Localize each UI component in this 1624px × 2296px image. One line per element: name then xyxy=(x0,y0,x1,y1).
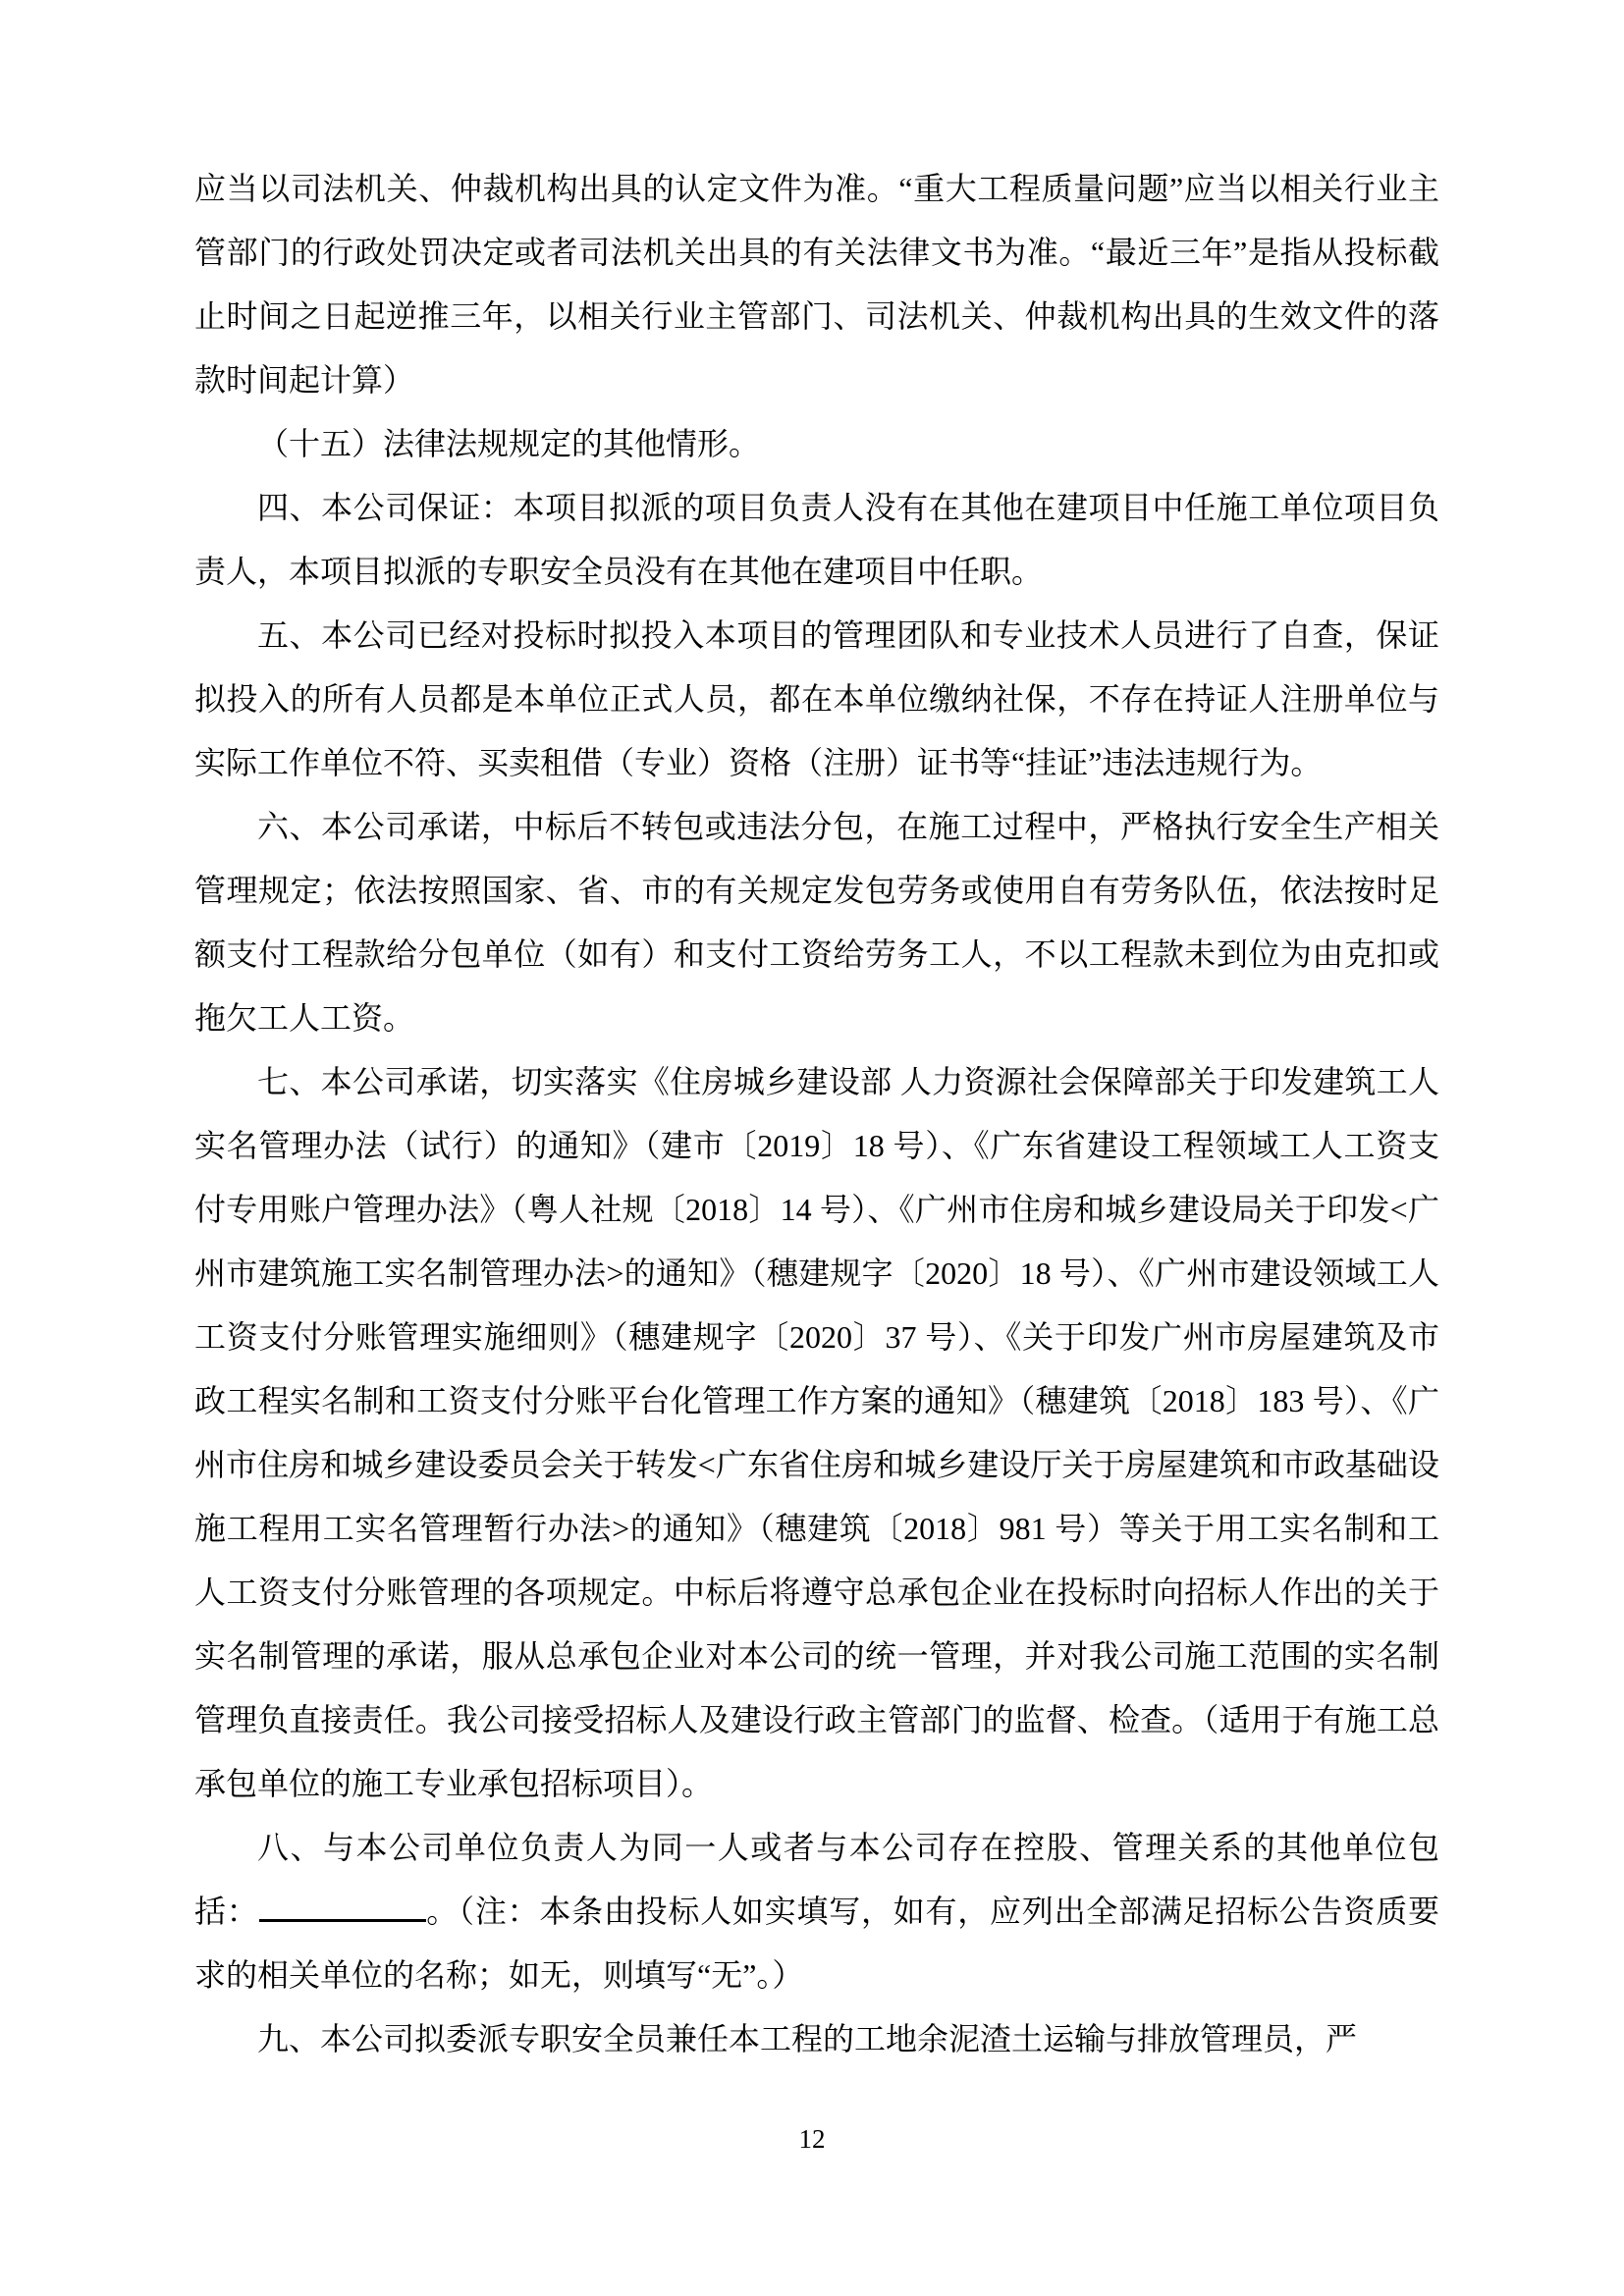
paragraph-clause-5: 五、本公司已经对投标时拟投入本项目的管理团队和专业技术人员进行了自查，保证拟投入… xyxy=(194,604,1439,795)
paragraph-clause-8: 八、与本公司单位负责人为同一人或者与本公司存在控股、管理关系的其他单位包括：。（… xyxy=(194,1816,1439,2007)
paragraph-clause-7: 七、本公司承诺，切实落实《住房城乡建设部 人力资源社会保障部关于印发建筑工人实名… xyxy=(194,1050,1439,1816)
paragraph-clause-9: 九、本公司拟委派专职安全员兼任本工程的工地余泥渣土运输与排放管理员，严 xyxy=(194,2007,1439,2071)
fill-in-blank xyxy=(259,1891,426,1922)
paragraph-clause-4: 四、本公司保证：本项目拟派的项目负责人没有在其他在建项目中任施工单位项目负责人，… xyxy=(194,476,1439,604)
paragraph-clause-6: 六、本公司承诺，中标后不转包或违法分包，在施工过程中，严格执行安全生产相关管理规… xyxy=(194,795,1439,1050)
document-page: 应当以司法机关、仲裁机构出具的认定文件为准。“重大工程质量问题”应当以相关行业主… xyxy=(194,157,1439,2071)
page-number: 12 xyxy=(0,2122,1624,2156)
paragraph-item-15: （十五）法律法规规定的其他情形。 xyxy=(194,412,1439,476)
paragraph-continuation: 应当以司法机关、仲裁机构出具的认定文件为准。“重大工程质量问题”应当以相关行业主… xyxy=(194,157,1439,412)
